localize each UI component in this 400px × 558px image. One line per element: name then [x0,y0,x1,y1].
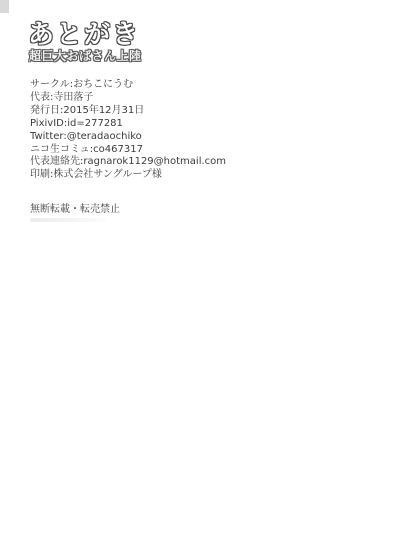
colophon-block: サークル:おちこにうむ 代表:寺田落子 発行日:2015年12月31日 Pixi… [30,79,226,182]
colophon-line-twitter: Twitter:@teradaochiko [30,131,226,144]
colophon-line-nico-community: ニコ生コミュ:co467317 [30,144,226,157]
colophon-line-contact-email: 代表連絡先:ragnarok1129@hotmail.com [30,156,226,169]
colophon-line-pubdate: 発行日:2015年12月31日 [30,105,226,118]
colophon-line-printer: 印刷:株式会社サングループ様 [30,169,226,182]
no-reproduction-notice: 無断転載・転売禁止 [30,200,120,215]
afterword-page: あとがき 超巨大おばさん上陸 サークル:おちこにうむ 代表:寺田落子 発行日:2… [0,0,400,558]
colophon-line-pixiv-id: PixivID:id=277281 [30,118,226,131]
scan-corner-artifact [0,0,9,13]
page-title: あとがき [28,14,140,51]
colophon-line-author: 代表:寺田落子 [30,92,226,105]
scan-smudge-artifact [30,218,106,222]
work-subtitle: 超巨大おばさん上陸 [29,47,142,64]
colophon-line-circle: サークル:おちこにうむ [30,79,226,92]
